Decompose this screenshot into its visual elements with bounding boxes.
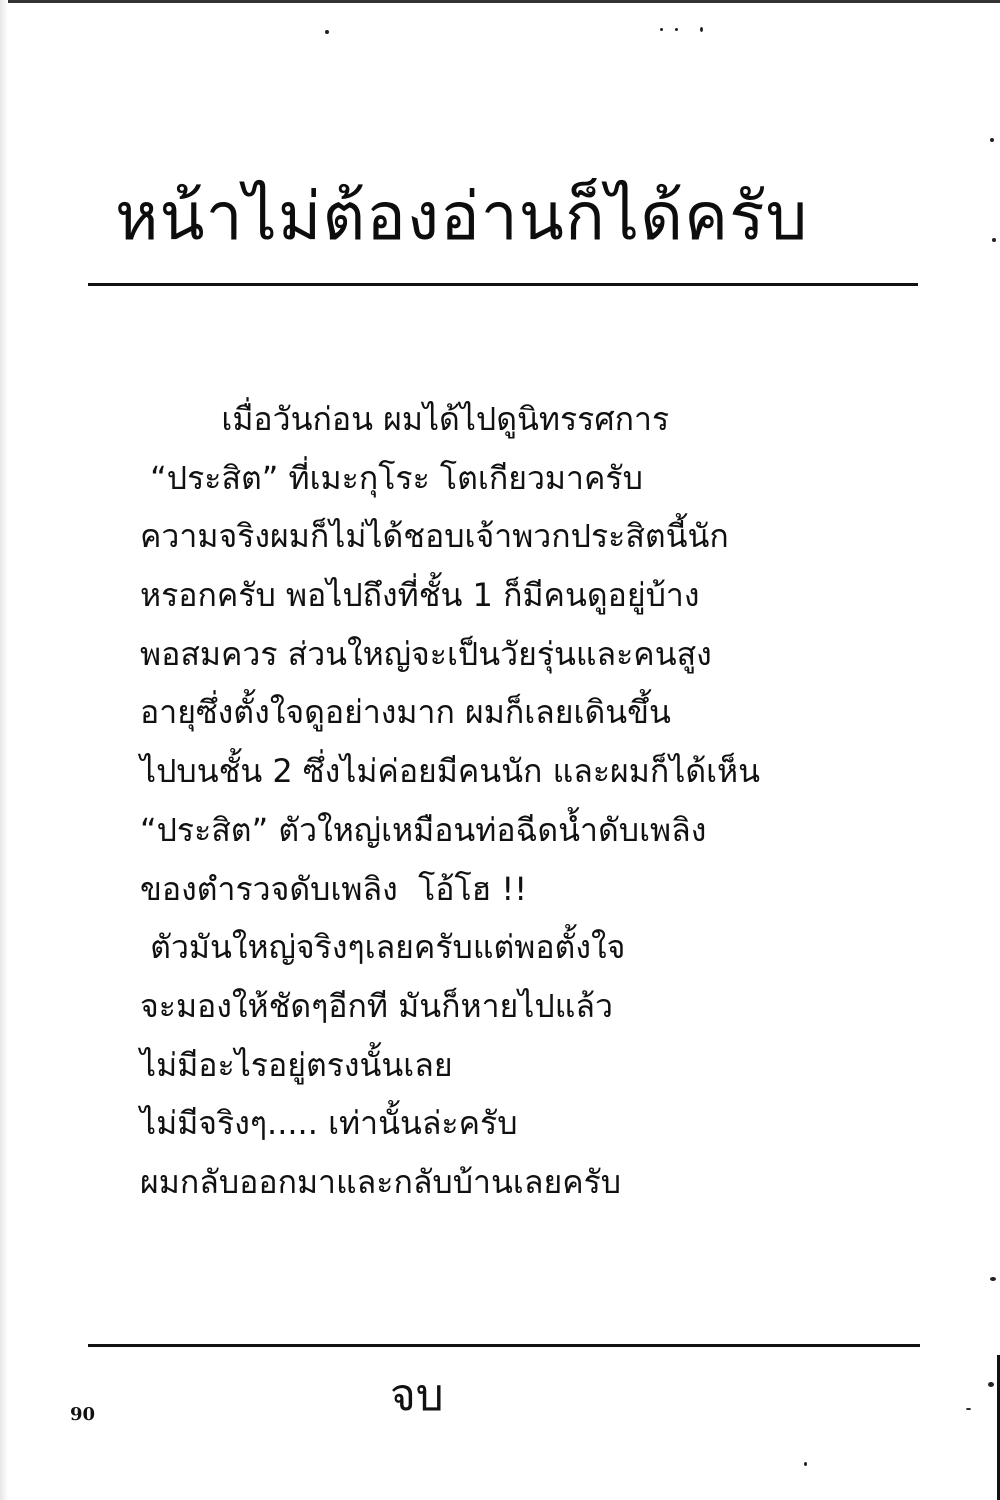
scan-left-edge xyxy=(0,0,8,1500)
text-line: ของตำรวจดับเพลิง โอ้โฮ !! xyxy=(140,860,940,919)
scan-speck xyxy=(990,138,994,142)
text-line: ไม่มีอะไรอยู่ตรงนั้นเลย xyxy=(140,1036,940,1095)
text-line: จะมองให้ชัดๆอีกที มันก็หายไปแล้ว xyxy=(140,977,940,1036)
book-page: หน้าไม่ต้องอ่านก็ได้ครับ เมื่อวันก่อน ผม… xyxy=(0,0,1000,1500)
scan-top-edge xyxy=(0,0,1000,3)
text-line: ผมกลับออกมาและกลับบ้านเลยครับ xyxy=(140,1153,940,1212)
scan-speck xyxy=(990,1277,996,1281)
scan-speck xyxy=(966,1408,971,1410)
page-number: 90 xyxy=(70,1404,95,1425)
scan-speck xyxy=(675,28,678,31)
scan-speck xyxy=(660,28,663,31)
page-title: หน้าไม่ต้องอ่านก็ได้ครับ xyxy=(115,172,895,262)
text-line: “ประสิต” ตัวใหญ่เหมือนท่อฉีดน้ำดับเพลิง xyxy=(140,801,940,860)
text-line: อายุซึ่งตั้งใจดูอย่างมาก ผมก็เลยเดินขึ้น xyxy=(140,683,940,742)
scan-speck xyxy=(804,1462,807,1466)
scan-speck xyxy=(992,238,996,242)
text-line: หรอกครับ พอไปถึงที่ชั้น 1 ก็มีคนดูอยู่บ้… xyxy=(140,566,940,625)
text-line: พอสมควร ส่วนใหญ่จะเป็นวัยรุ่นและคนสูง xyxy=(140,625,940,684)
text-line: ไม่มีจริงๆ..... เท่านั้นล่ะครับ xyxy=(140,1094,940,1153)
end-divider xyxy=(88,1344,920,1347)
text-line: ความจริงผมก็ไม่ได้ชอบเจ้าพวกประสิตนี้นัก xyxy=(140,507,940,566)
story-text: เมื่อวันก่อน ผมได้ไปดูนิทรรศการ “ประสิต”… xyxy=(140,390,940,1212)
scan-speck xyxy=(700,27,703,32)
title-divider xyxy=(88,283,918,286)
end-mark: จบ xyxy=(390,1368,444,1424)
text-line: เมื่อวันก่อน ผมได้ไปดูนิทรรศการ xyxy=(140,390,940,449)
text-line: ตัวมันใหญ่จริงๆเลยครับแต่พอตั้งใจ xyxy=(140,918,940,977)
text-line: ไปบนชั้น 2 ซึ่งไม่ค่อยมีคนนัก และผมก็ได้… xyxy=(140,742,940,801)
scan-speck xyxy=(325,30,329,34)
scan-speck xyxy=(988,1382,994,1387)
text-line: “ประสิต” ที่เมะกุโระ โตเกียวมาครับ xyxy=(140,449,940,508)
